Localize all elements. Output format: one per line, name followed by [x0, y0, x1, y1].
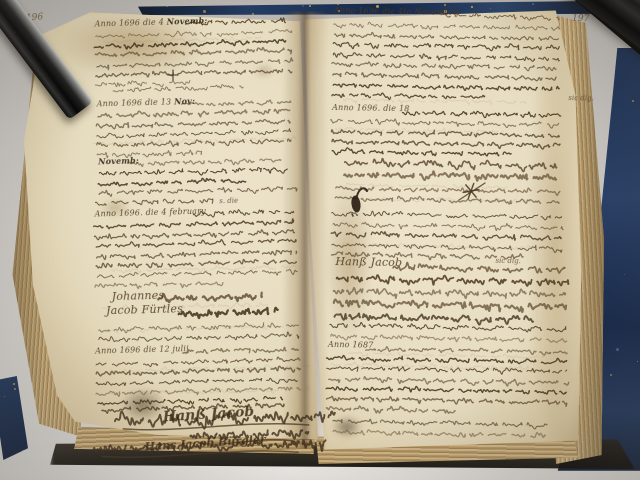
- photo-scene: 196 197 Anno 1696 die 4 Novemb:Anno 1696…: [0, 0, 640, 480]
- ink-marks-svg: [0, 0, 640, 480]
- handwriting-line: [357, 188, 367, 196]
- handwriting-line: [352, 214, 353, 216]
- ink-marks: [0, 0, 640, 480]
- ink-blot: [350, 195, 361, 213]
- handwriting-line: [459, 183, 485, 200]
